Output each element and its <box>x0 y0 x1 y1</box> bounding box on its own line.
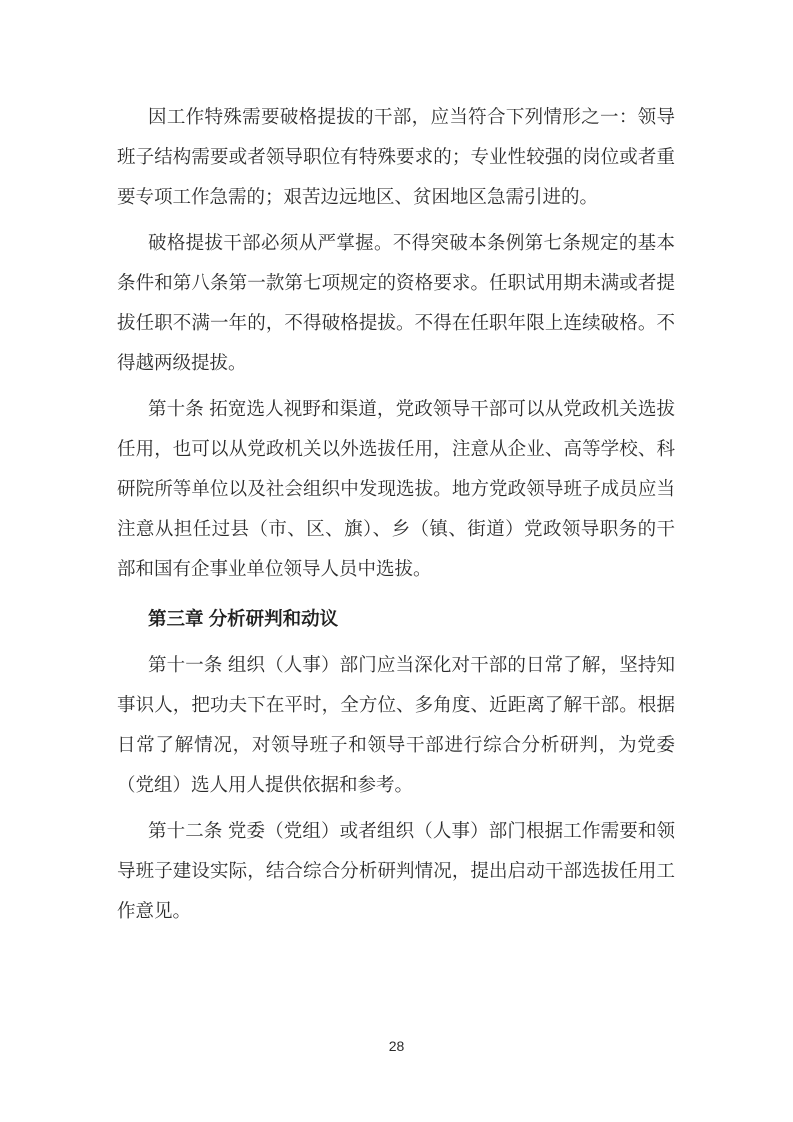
chapter-heading: 第三章 分析研判和动议 <box>117 599 675 639</box>
page-number: 28 <box>0 1038 793 1054</box>
document-page: 因工作特殊需要破格提拔的干部，应当符合下列情形之一：领导班子结构需要或者领导职位… <box>0 0 793 1122</box>
paragraph-article-11: 第十一条 组织（人事）部门应当深化对干部的日常了解，坚持知事识人，把功夫下在平时… <box>117 645 675 805</box>
paragraph-strict-control: 破格提拔干部必须从严掌握。不得突破本条例第七条规定的基本条件和第八条第一款第七项… <box>117 223 675 383</box>
paragraph-exceptional-promotion-conditions: 因工作特殊需要破格提拔的干部，应当符合下列情形之一：领导班子结构需要或者领导职位… <box>117 97 675 217</box>
body-text: 因工作特殊需要破格提拔的干部，应当符合下列情形之一：领导班子结构需要或者领导职位… <box>117 97 675 931</box>
paragraph-article-10: 第十条 拓宽选人视野和渠道，党政领导干部可以从党政机关选拔任用，也可以从党政机关… <box>117 389 675 589</box>
paragraph-article-12: 第十二条 党委（党组）或者组织（人事）部门根据工作需要和领导班子建设实际，结合综… <box>117 811 675 931</box>
